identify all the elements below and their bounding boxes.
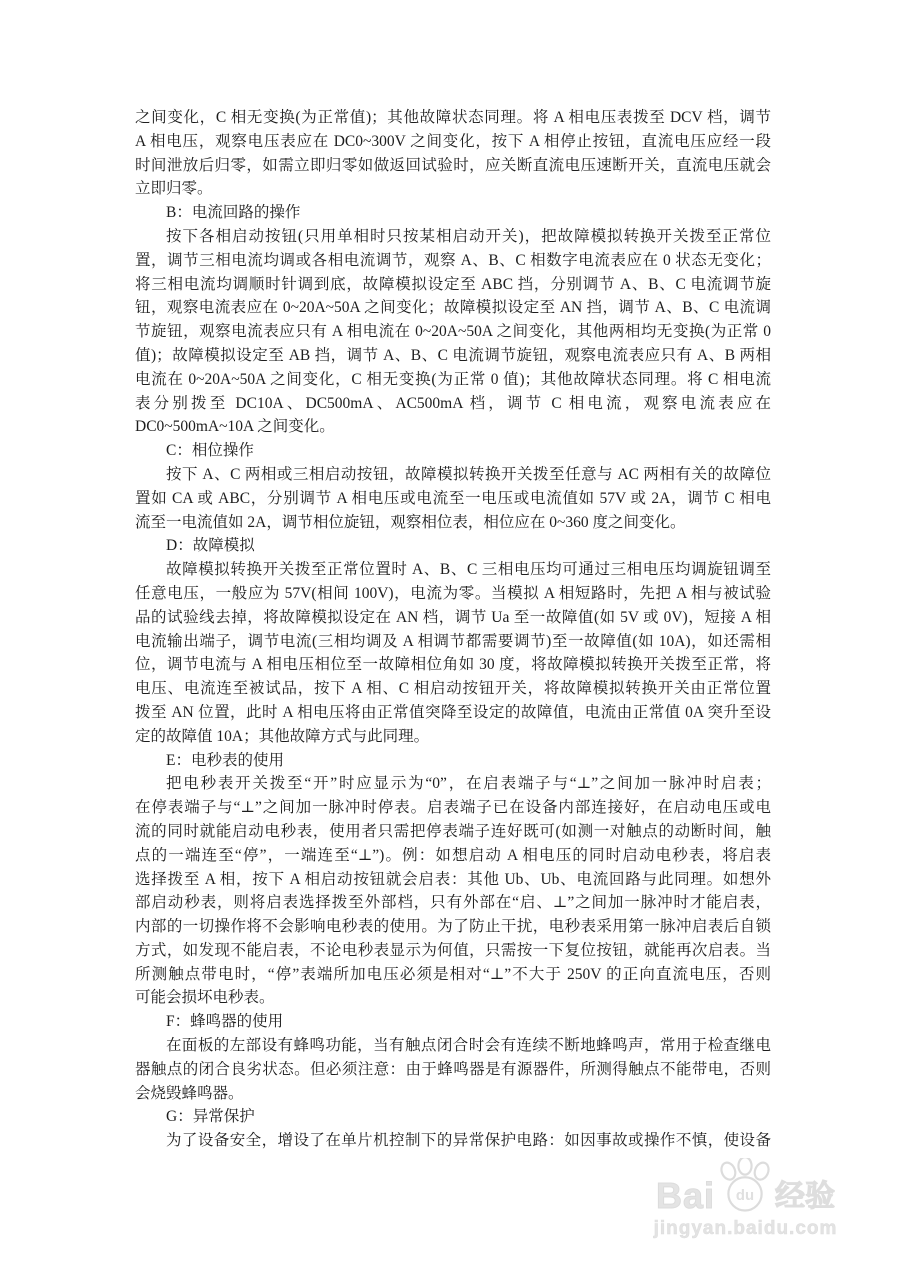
text-line: 流至一电流值如 2A，调节相位旋钮，观察相位表，相位应在 0~360 度之间变化… <box>135 511 771 535</box>
text-line: 定的故障值 10A；其他故障方式与此同理。 <box>135 725 771 749</box>
paragraph: 故障模拟转换开关拨至正常位置时 A、B、C 三相电压均可通过三相电压均调旋钮调至… <box>135 558 771 748</box>
text-line: 所测触点带电时，“停”表端所加电压必须是相对“⊥”不大于 250V 的正向直流电… <box>135 963 771 987</box>
text-line: 会烧毁蜂鸣器。 <box>135 1082 771 1106</box>
text-line: 品的试验线去掉，将故障模拟设定在 AN 档，调节 Ua 至一故障值(如 5V 或… <box>135 606 771 630</box>
text-line: A 相电压，观察电压表应在 DC0~300V 之间变化，按下 A 相停止按钮，直… <box>135 130 771 154</box>
text-line: 在停表端子与“⊥”之间加一脉冲时停表。启表端子已在设备内部连接好，在启动电压或电 <box>135 796 771 820</box>
text-line: 表分别拨至 DC10A、DC500mA、AC500mA 档，调节 C 相电流，观… <box>135 392 771 416</box>
section-heading: C：相位操作 <box>135 439 771 463</box>
section-heading: E：电秒表的使用 <box>135 749 771 773</box>
text-line: C：相位操作 <box>135 439 771 463</box>
document-body: 之间变化，C 相无变换(为正常值)；其他故障状态同理。将 A 相电压表拨至 DC… <box>135 106 771 1153</box>
text-line: 电压、电流连至被试品，按下 A 相、C 相启动按钮开关，将故障模拟转换开关由正常… <box>135 677 771 701</box>
watermark-bai-text: Bai <box>656 1178 715 1214</box>
text-line: 按下 A、C 两相或三相启动按钮，故障模拟转换开关拨至任意与 AC 两相有关的故… <box>135 463 771 487</box>
text-line: 立即归零。 <box>135 177 771 201</box>
watermark-du-text: du <box>736 1188 754 1204</box>
text-line: 值)；故障模拟设定至 AB 挡，调节 A、B、C 电流调节旋钮，观察电流表应只有… <box>135 344 771 368</box>
watermark-cn-text: 经验 <box>775 1180 835 1214</box>
text-line: 拨至 AN 位置，此时 A 相电压将由正常值突降至设定的故障值，电流由正常值 0… <box>135 701 771 725</box>
text-line: 流的同时就能启动电秒表，使用者只需把停表端子连好既可(如测一对触点的动断时间，触 <box>135 820 771 844</box>
watermark-url-text: jingyan.baidu.com <box>638 1218 853 1240</box>
text-line: 按下各相启动按钮(只用单相时只按某相启动开关)，把故障模拟转换开关拨至正常位 <box>135 225 771 249</box>
text-line: 方式，如发现不能启表，不论电秒表显示为何值，只需按一下复位按钮，就能再次启表。当 <box>135 939 771 963</box>
paragraph: 在面板的左部设有蜂鸣功能，当有触点闭合时会有连续不断地蜂鸣声，常用于检查继电器触… <box>135 1034 771 1105</box>
text-line: 内部的一切操作将不会影响电秒表的使用。为了防止干扰，电秒表采用第一脉冲启表后自锁 <box>135 915 771 939</box>
paragraph: 为了设备安全，增设了在单片机控制下的异常保护电路：如因事故或操作不慎，使设备 <box>135 1129 771 1153</box>
section-heading: B：电流回路的操作 <box>135 201 771 225</box>
text-line: F：蜂鸣器的使用 <box>135 1010 771 1034</box>
text-line: 任意电压，一般应为 57V(相间 100V)，电流为零。当模拟 A 相短路时，先… <box>135 582 771 606</box>
text-line: 可能会损坏电秒表。 <box>135 986 771 1010</box>
text-line: 电流在 0~20A~50A 之间变化，C 相无变换(为正常 0 值)；其他故障状… <box>135 368 771 392</box>
paragraph: 把电秒表开关拨至“开”时应显示为“0”，在启表端子与“⊥”之间加一脉冲时启表；在… <box>135 772 771 1010</box>
text-line: E：电秒表的使用 <box>135 749 771 773</box>
text-line: 把电秒表开关拨至“开”时应显示为“0”，在启表端子与“⊥”之间加一脉冲时启表； <box>135 772 771 796</box>
text-line: 置，调节三相电流均调或各相电流调节，观察 A、B、C 相数字电流表应在 0 状态… <box>135 249 771 273</box>
text-line: 置如 CA 或 ABC，分别调节 A 相电压或电流至一电压或电流值如 57V 或… <box>135 487 771 511</box>
section-heading: G：异常保护 <box>135 1105 771 1129</box>
text-line: 之间变化，C 相无变换(为正常值)；其他故障状态同理。将 A 相电压表拨至 DC… <box>135 106 771 130</box>
paragraph: 之间变化，C 相无变换(为正常值)；其他故障状态同理。将 A 相电压表拨至 DC… <box>135 106 771 201</box>
paragraph: 按下各相启动按钮(只用单相时只按某相启动开关)，把故障模拟转换开关拨至正常位置，… <box>135 225 771 439</box>
paragraph: 按下 A、C 两相或三相启动按钮，故障模拟转换开关拨至任意与 AC 两相有关的故… <box>135 463 771 534</box>
text-line: 选择拨至 A 相，按下 A 相启动按钮就会启表：其他 Ub、Ub、电流回路与此同… <box>135 868 771 892</box>
text-line: 节旋钮，观察电流表应只有 A 相电流在 0~20A~50A 之间变化，其他两相均… <box>135 320 771 344</box>
text-line: D：故障模拟 <box>135 534 771 558</box>
text-line: 在面板的左部设有蜂鸣功能，当有触点闭合时会有连续不断地蜂鸣声，常用于检查继电 <box>135 1034 771 1058</box>
text-line: DC0~500mA~10A 之间变化。 <box>135 415 771 439</box>
section-heading: F：蜂鸣器的使用 <box>135 1010 771 1034</box>
text-line: 将三相电流均调顺时针调到底，故障模拟设定至 ABC 挡，分别调节 A、B、C 电… <box>135 273 771 297</box>
text-line: 器触点的闭合良劣状态。但必须注意：由于蜂鸣器是有源器件，所测得触点不能带电，否则 <box>135 1058 771 1082</box>
text-line: 位，调节电流与 A 相电压相位至一故障相位角如 30 度，将故障模拟转换开关拨至… <box>135 653 771 677</box>
text-line: 钮，观察电流表应在 0~20A~50A 之间变化；故障模拟设定至 AN 挡，调节… <box>135 296 771 320</box>
text-line: G：异常保护 <box>135 1105 771 1129</box>
watermark-logo-row: Bai du 经验 <box>638 1158 853 1214</box>
text-line: B：电流回路的操作 <box>135 201 771 225</box>
section-heading: D：故障模拟 <box>135 534 771 558</box>
text-line: 为了设备安全，增设了在单片机控制下的异常保护电路：如因事故或操作不慎，使设备 <box>135 1129 771 1153</box>
text-line: 点的一端连至“停”，一端连至“⊥”)。例：如想启动 A 相电压的同时启动电秒表，… <box>135 844 771 868</box>
text-line: 故障模拟转换开关拨至正常位置时 A、B、C 三相电压均可通过三相电压均调旋钮调至 <box>135 558 771 582</box>
baidu-jingyan-watermark: Bai du 经验 jingyan.baidu.com <box>638 1158 853 1240</box>
document-page: 之间变化，C 相无变换(为正常值)；其他故障状态同理。将 A 相电压表拨至 DC… <box>0 0 905 1280</box>
paw-icon: du <box>717 1158 773 1214</box>
text-line: 时间泄放后归零，如需立即归零如做返回试验时，应关断直流电压速断开关，直流电压就会 <box>135 154 771 178</box>
text-line: 电流输出端子，调节电流(三相均调及 A 相调节都需要调节)至一故障值(如 10A… <box>135 630 771 654</box>
text-line: 部启动秒表，则将启表选择拨至外部档，只有外部在“启、⊥”之间加一脉冲时才能启表， <box>135 891 771 915</box>
